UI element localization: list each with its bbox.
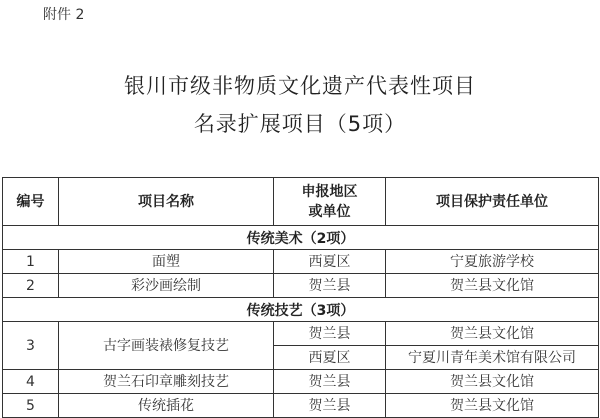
header-region-line1: 申报地区 [274, 182, 385, 202]
cell-number: 1 [3, 250, 59, 274]
table-row: 5 传统插花 贺兰县 贺兰县文化馆 [3, 394, 599, 418]
header-project-name: 项目名称 [59, 178, 274, 226]
section-row: 传统美术（2项） [3, 226, 599, 250]
cell-unit: 贺兰县文化馆 [386, 394, 599, 418]
cell-project-name: 古字画装裱修复技艺 [59, 322, 274, 370]
cell-project-name: 贺兰石印章雕刻技艺 [59, 370, 274, 394]
cell-project-name: 彩沙画绘制 [59, 274, 274, 298]
cell-region: 贺兰县 [274, 322, 386, 346]
cell-number: 4 [3, 370, 59, 394]
header-number: 编号 [3, 178, 59, 226]
table-row: 1 面塑 西夏区 宁夏旅游学校 [3, 250, 599, 274]
cell-unit: 贺兰县文化馆 [386, 322, 599, 346]
document-title-line1: 银川市级非物质文化遗产代表性项目 [0, 70, 600, 100]
cell-number: 5 [3, 394, 59, 418]
header-region-line2: 或单位 [274, 202, 385, 222]
cell-number: 3 [3, 322, 59, 370]
cell-unit: 宁夏旅游学校 [386, 250, 599, 274]
header-region: 申报地区 或单位 [274, 178, 386, 226]
cell-region: 西夏区 [274, 250, 386, 274]
table-row: 2 彩沙画绘制 贺兰县 贺兰县文化馆 [3, 274, 599, 298]
section-title: 传统美术（2项） [3, 226, 599, 250]
table-row: 4 贺兰石印章雕刻技艺 贺兰县 贺兰县文化馆 [3, 370, 599, 394]
attachment-label: 附件 2 [43, 4, 84, 24]
cell-region: 贺兰县 [274, 394, 386, 418]
cell-unit: 贺兰县文化馆 [386, 274, 599, 298]
cell-region: 贺兰县 [274, 274, 386, 298]
header-unit: 项目保护责任单位 [386, 178, 599, 226]
cell-number: 2 [3, 274, 59, 298]
cell-unit: 宁夏川青年美术馆有限公司 [386, 346, 599, 370]
project-table: 编号 项目名称 申报地区 或单位 项目保护责任单位 传统美术（2项） 1 面塑 … [2, 177, 599, 418]
section-title: 传统技艺（3项） [3, 298, 599, 322]
document-title-line2: 名录扩展项目（5项） [0, 108, 600, 138]
cell-project-name: 面塑 [59, 250, 274, 274]
cell-region: 西夏区 [274, 346, 386, 370]
section-row: 传统技艺（3项） [3, 298, 599, 322]
table-row: 3 古字画装裱修复技艺 贺兰县 贺兰县文化馆 [3, 322, 599, 346]
cell-unit: 贺兰县文化馆 [386, 370, 599, 394]
cell-project-name: 传统插花 [59, 394, 274, 418]
table-header-row: 编号 项目名称 申报地区 或单位 项目保护责任单位 [3, 178, 599, 226]
cell-region: 贺兰县 [274, 370, 386, 394]
